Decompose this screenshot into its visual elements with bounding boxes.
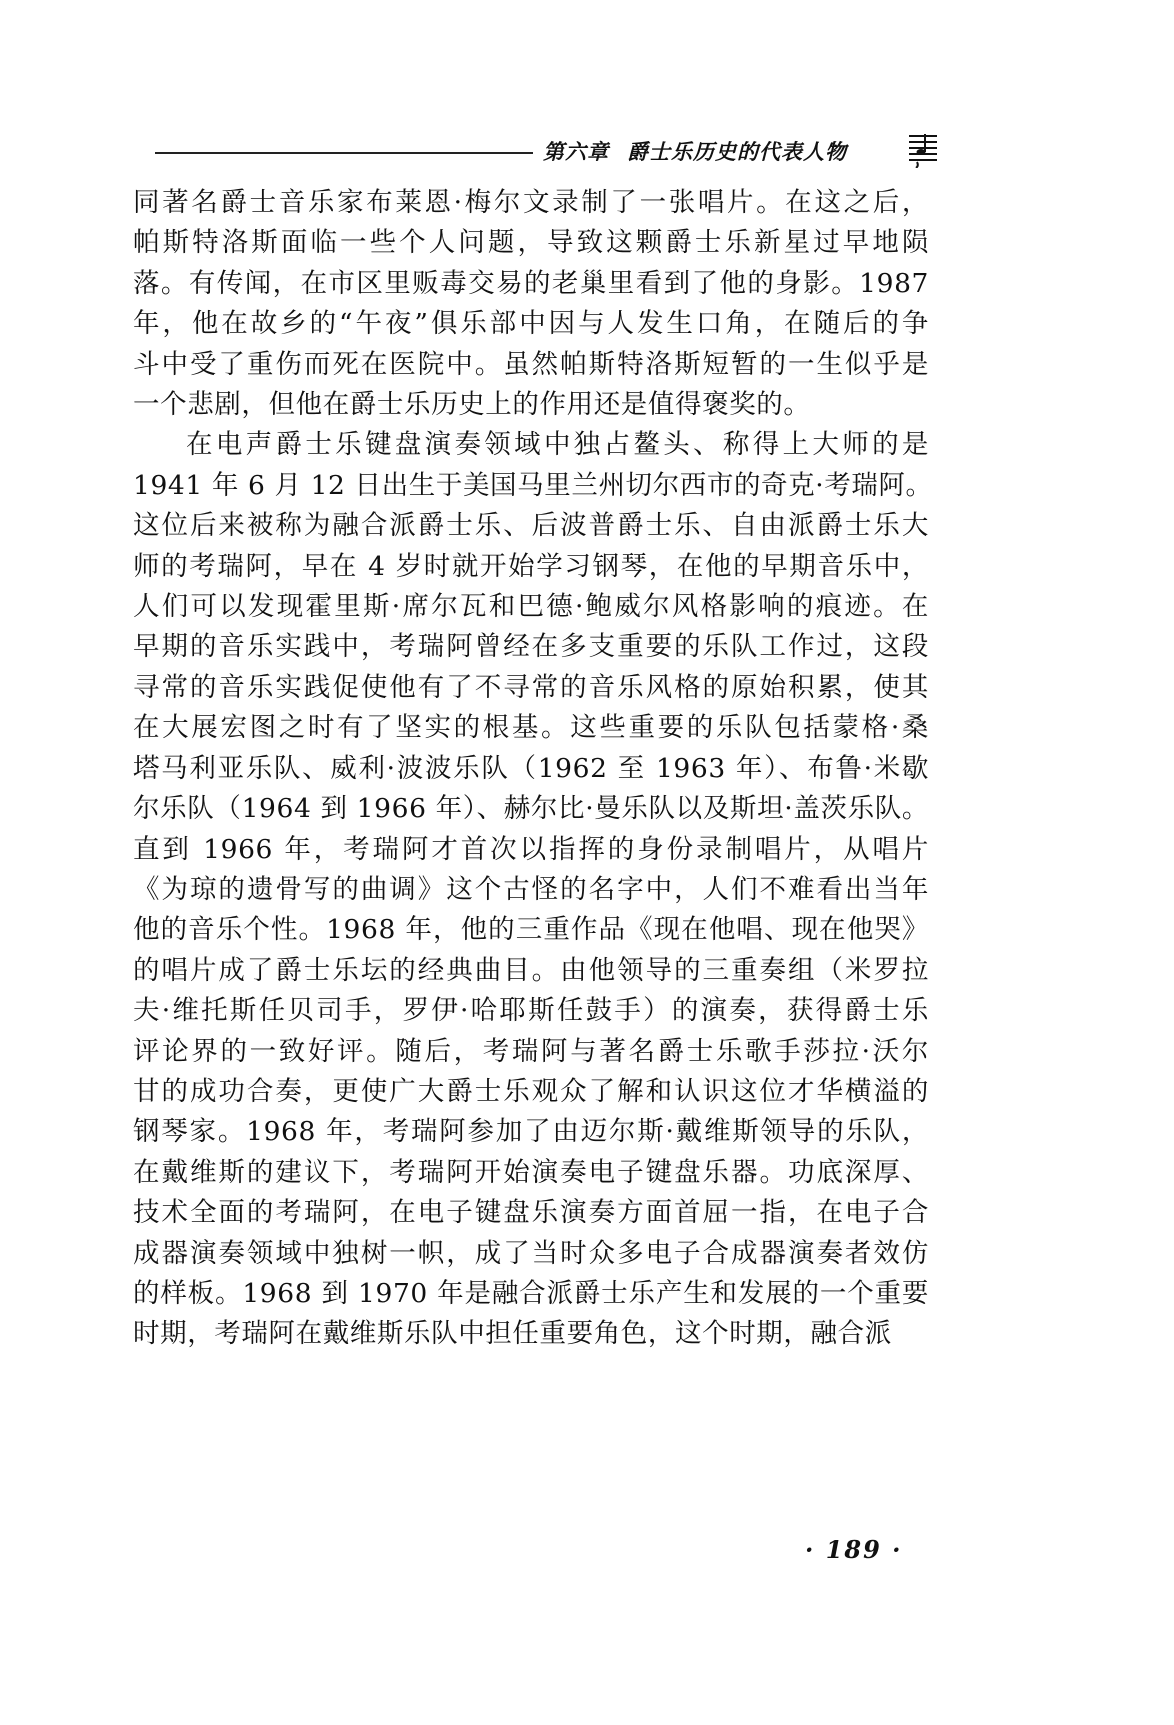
text-line: 的样板。1968 到 1970 年是融合派爵士乐产生和发展的一个重要 [133, 1274, 929, 1314]
text-line: 直到 1966 年，考瑞阿才首次以指挥的身份录制唱片，从唱片 [133, 830, 929, 870]
text-line: 塔马利亚乐队、威利·波波乐队（1962 至 1963 年）、布鲁·米歇 [133, 749, 929, 789]
text-line: 在电声爵士乐键盘演奏领域中独占鳌头、称得上大师的是 [133, 425, 929, 465]
text-line: 在大展宏图之时有了坚实的根基。这些重要的乐队包括蒙格·桑 [133, 708, 929, 748]
chapter-title: 爵士乐历史的代表人物 [627, 139, 847, 164]
text-line: 帕斯特洛斯面临一些个人问题，导致这颗爵士乐新星过早地陨 [133, 223, 929, 263]
text-line: 技术全面的考瑞阿，在电子键盘乐演奏方面首屈一指，在电子合 [133, 1193, 929, 1233]
paragraph: 同著名爵士音乐家布莱恩·梅尔文录制了一张唱片。在这之后，帕斯特洛斯面临一些个人问… [133, 183, 929, 425]
header-rule [155, 152, 533, 154]
text-line: 早期的音乐实践中，考瑞阿曾经在多支重要的乐队工作过，这段 [133, 627, 929, 667]
chapter-label: 第六章 [543, 139, 609, 164]
text-line: 年，他在故乡的“午夜”俱乐部中因与人发生口角，在随后的争 [133, 304, 929, 344]
text-line: 甘的成功合奏，更使广大爵士乐观众了解和认识这位才华横溢的 [133, 1072, 929, 1112]
text-line: 他的音乐个性。1968 年，他的三重作品《现在他唱、现在他哭》 [133, 910, 929, 950]
text-line: 落。有传闻，在市区里贩毒交易的老巢里看到了他的身影。1987 [133, 264, 929, 304]
header-title: 第六章爵士乐历史的代表人物 [543, 136, 847, 166]
text-line: 这位后来被称为融合派爵士乐、后波普爵士乐、自由派爵士乐大 [133, 506, 929, 546]
text-line: 斗中受了重伤而死在医院中。虽然帕斯特洛斯短暂的一生似乎是 [133, 345, 929, 385]
text-line: 夫·维托斯任贝司手，罗伊·哈耶斯任鼓手）的演奏，获得爵士乐 [133, 991, 929, 1031]
text-line: 尔乐队（1964 到 1966 年）、赫尔比·曼乐队以及斯坦·盖茨乐队。 [133, 789, 929, 829]
text-line: 在戴维斯的建议下，考瑞阿开始演奏电子键盘乐器。功底深厚、 [133, 1153, 929, 1193]
page-number: · 189 · [805, 1535, 903, 1564]
text-line: 的唱片成了爵士乐坛的经典曲目。由他领导的三重奏组（米罗拉 [133, 951, 929, 991]
text-line: 时期，考瑞阿在戴维斯乐队中担任重要角色，这个时期，融合派 [133, 1314, 929, 1354]
music-staff-icon [907, 130, 939, 168]
text-line: 人们可以发现霍里斯·席尔瓦和巴德·鲍威尔风格影响的痕迹。在 [133, 587, 929, 627]
text-line: 一个悲剧，但他在爵士乐历史上的作用还是值得褒奖的。 [133, 385, 929, 425]
text-line: 评论界的一致好评。随后，考瑞阿与著名爵士乐歌手莎拉·沃尔 [133, 1032, 929, 1072]
text-line: 1941 年 6 月 12 日出生于美国马里兰州切尔西市的奇克·考瑞阿。 [133, 466, 929, 506]
text-line: 钢琴家。1968 年，考瑞阿参加了由迈尔斯·戴维斯领导的乐队， [133, 1112, 929, 1152]
body-text: 同著名爵士音乐家布莱恩·梅尔文录制了一张唱片。在这之后，帕斯特洛斯面临一些个人问… [133, 183, 929, 1355]
text-line: 《为琼的遗骨写的曲调》这个古怪的名字中，人们不难看出当年 [133, 870, 929, 910]
text-line: 成器演奏领域中独树一帜，成了当时众多电子合成器演奏者效仿 [133, 1234, 929, 1274]
text-line: 同著名爵士音乐家布莱恩·梅尔文录制了一张唱片。在这之后， [133, 183, 929, 223]
text-line: 师的考瑞阿，早在 4 岁时就开始学习钢琴，在他的早期音乐中， [133, 547, 929, 587]
text-line: 寻常的音乐实践促使他有了不寻常的音乐风格的原始积累，使其 [133, 668, 929, 708]
paragraph: 在电声爵士乐键盘演奏领域中独占鳌头、称得上大师的是1941 年 6 月 12 日… [133, 425, 929, 1354]
running-header: 第六章爵士乐历史的代表人物 [155, 130, 935, 170]
